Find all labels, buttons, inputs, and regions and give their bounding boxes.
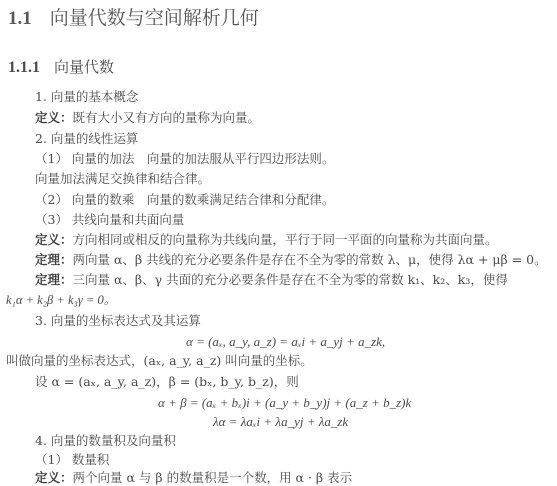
theorem-text: 两向量 α、β 共线的充分必要条件是存在不全为零的常数 λ、μ，使得 λα + … [73, 252, 547, 267]
definition-label: 定义： [35, 110, 73, 125]
theorem-line: 定理：三向量 α、β、γ 共面的充分必要条件是存在不全为零的常数 k₁、k₂、k… [35, 272, 508, 288]
definition-label: 定义： [35, 470, 73, 485]
definition-text: 两个向量 α 与 β 的数量积是一个数，用 α · β 表示 [73, 470, 353, 485]
section-heading: 1.1向量代数与空间解析几何 [8, 4, 259, 32]
formula-addition: α + β = (aₓ + bₓ)i + (a_y + b_y)j + (a_z… [158, 395, 411, 411]
definition-label: 定义： [35, 232, 73, 247]
item-heading: 3. 向量的坐标表达式及其运算 [35, 313, 201, 329]
paragraph-line: （1） 向量的加法 向量的加法服从平行四边形法则。 [35, 151, 334, 167]
theorem-line: 定理：两向量 α、β 共线的充分必要条件是存在不全为零的常数 λ、μ，使得 λα… [35, 252, 547, 268]
theorem-label: 定理： [35, 252, 73, 267]
subsection-number: 1.1.1 [8, 59, 40, 76]
formula-coordinate: α = (aₓ, a_y, a_z) = aₓi + a_yj + a_zk, [186, 334, 385, 350]
definition-text: 方向相同或相反的向量称为共线向量，平行于同一平面的向量称为共面向量。 [73, 232, 498, 247]
item-heading: 2. 向量的线性运算 [35, 131, 138, 147]
paragraph-line: 向量加法满足交换律和结合律。 [35, 171, 210, 187]
definition-line: 定义：方向相同或相反的向量称为共线向量，平行于同一平面的向量称为共面向量。 [35, 232, 498, 248]
formula-scalar: λα = λaₓi + λa_yj + λa_zk [213, 414, 348, 430]
theorem-text: 三向量 α、β、γ 共面的充分必要条件是存在不全为零的常数 k₁、k₂、k₃，使… [73, 272, 508, 287]
paragraph-line: （1） 数量积 [35, 452, 109, 468]
subsection-heading: 1.1.1向量代数 [8, 56, 114, 79]
subsection-title: 向量代数 [54, 58, 114, 76]
paragraph-line: 设 α = (aₓ, a_y, a_z)，β = (bₓ, b_y, b_z)，… [35, 374, 299, 390]
item-heading: 1. 向量的基本概念 [35, 89, 138, 105]
theorem-label: 定理： [35, 272, 73, 287]
section-title: 向量代数与空间解析几何 [50, 7, 259, 29]
formula-line: k₁α + k₂β + k₃γ = 0。 [6, 292, 116, 308]
section-number: 1.1 [8, 8, 32, 29]
paragraph-line: （3） 共线向量和共面向量 [35, 212, 184, 228]
item-heading: 4. 向量的数量积及向量积 [35, 433, 176, 449]
definition-line: 定义：两个向量 α 与 β 的数量积是一个数，用 α · β 表示 [35, 470, 352, 486]
paragraph-line: （2） 向量的数乘 向量的数乘满足结合律和分配律。 [35, 192, 334, 208]
definition-text: 既有大小又有方向的量称为向量。 [73, 110, 261, 125]
paragraph-line: 叫做向量的坐标表达式，(aₓ, a_y, a_z) 叫向量的坐标。 [6, 353, 313, 369]
definition-line: 定义：既有大小又有方向的量称为向量。 [35, 110, 260, 126]
